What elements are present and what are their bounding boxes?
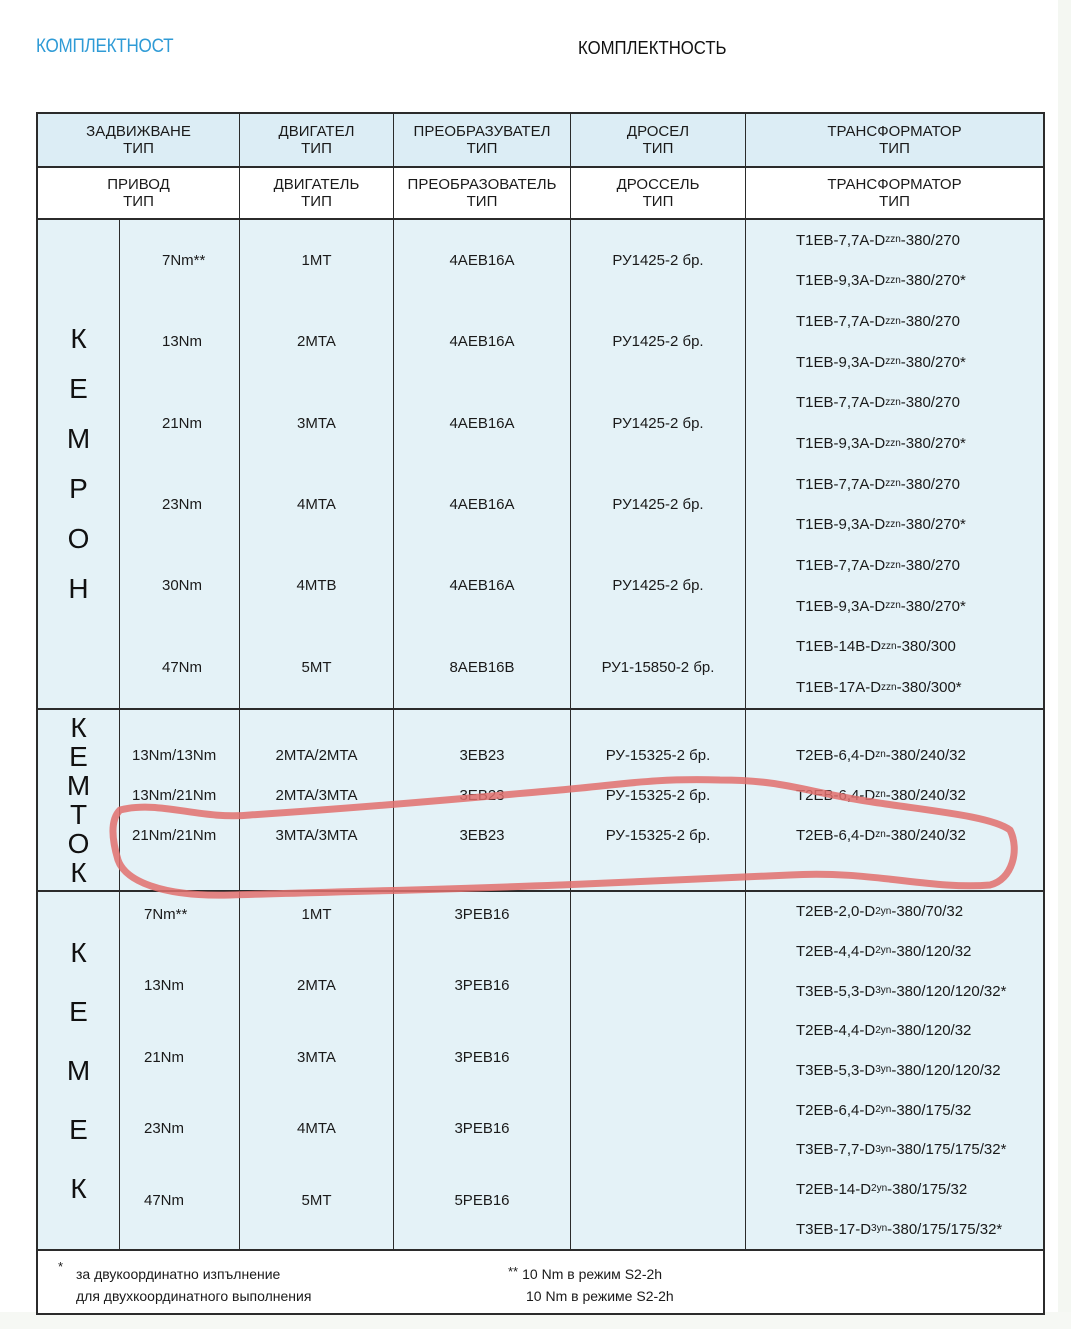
header-row-russian: ПРИВОДТИП ДВИГАТЕЛЬТИП ПРЕОБРАЗОВАТЕЛЬТИ…: [38, 168, 1043, 220]
cell-drive: 13Nm/13Nm: [120, 735, 239, 775]
cell-drive: 13Nm/21Nm: [120, 775, 239, 815]
column-motor: 1MT2MTA3MTA4MTA5MT: [240, 892, 394, 1249]
cell-converter: 4AEB16A: [394, 301, 570, 382]
cell-motor: 4MTA: [240, 464, 393, 545]
cell-choke: [571, 1035, 745, 1106]
header-motor: ДВИГАТЕЛТИП: [240, 114, 394, 166]
footnote-single-star: * за двукоординатно изпълнение для двухк…: [38, 1251, 508, 1313]
column-converter: 3EB233EB233EB23: [394, 710, 571, 890]
cell-choke: [571, 1178, 745, 1249]
header-choke-ru: ДРОССЕЛЬТИП: [571, 168, 746, 218]
cell-converter: 3PEB16: [394, 963, 570, 1034]
cell-drive: 13Nm: [120, 301, 239, 382]
group-letter: Р: [69, 464, 88, 514]
group-label: КЕМРОН: [38, 220, 120, 708]
cell-drive: 7Nm**: [120, 220, 239, 301]
title-bulgarian: КОМПЛЕКТНОСТ: [36, 36, 173, 58]
group-letter: Е: [69, 1100, 88, 1159]
cell-transformer: T1EB-9,3A-Dzzn-380/270*: [746, 505, 1043, 546]
group-letter: М: [67, 1041, 90, 1100]
group-letter: К: [70, 314, 86, 364]
cell-converter: 5PEB16: [394, 1178, 570, 1249]
cell-transformer: T1EB-9,3A-Dzzn-380/270*: [746, 586, 1043, 627]
column-converter: 4AEB16A4AEB16A4AEB16A4AEB16A4AEB16A8AEB1…: [394, 220, 571, 708]
column-transformer: T2EB-2,0-D2yn-380/70/32T2EB-4,4-D2yn-380…: [746, 892, 1043, 1249]
header-transformer: ТРАНСФОРМАТОРТИП: [746, 114, 1043, 166]
title-russian: КОМПЛЕКТНОСТЬ: [578, 38, 727, 59]
cell-motor: 2MTA/3MTA: [240, 775, 393, 815]
cell-drive: 21Nm: [120, 383, 239, 464]
cell-converter: 3PEB16: [394, 892, 570, 963]
group-letter: К: [70, 923, 86, 982]
cell-transformer: T2EB-4,4-D2yn-380/120/32: [746, 1011, 1043, 1051]
cell-transformer: T2EB-6,4-Dzn-380/240/32: [746, 775, 1043, 815]
cell-transformer: T2EB-6,4-Dzn-380/240/32: [746, 815, 1043, 855]
group-letter: К: [70, 713, 86, 742]
group-letter: М: [67, 771, 90, 800]
header-drive-ru: ПРИВОДТИП: [38, 168, 240, 218]
cell-transformer: T1EB-7,7A-Dzzn-380/270: [746, 545, 1043, 586]
group-letter: Е: [69, 742, 88, 771]
cell-transformer: T1EB-17A-Dzzn-380/300*: [746, 667, 1043, 708]
cell-choke: РУ1425-2 бр.: [571, 545, 745, 626]
cell-choke: РУ1425-2 бр.: [571, 464, 745, 545]
group-0: КЕМРОН7Nm**13Nm21Nm23Nm30Nm47Nm1MT2MTA3M…: [38, 220, 1043, 710]
column-drive: 13Nm/13Nm13Nm/21Nm21Nm/21Nm: [120, 710, 240, 890]
page-edge: [1058, 0, 1071, 1329]
cell-transformer: T3EB-7,7-D3yn-380/175/175/32*: [746, 1130, 1043, 1170]
cell-motor: 5MT: [240, 1178, 393, 1249]
cell-converter: 8AEB16B: [394, 627, 570, 708]
footnotes: * за двукоординатно изпълнение для двухк…: [38, 1251, 1043, 1313]
cell-converter: 3EB23: [394, 775, 570, 815]
cell-motor: 2MTA: [240, 301, 393, 382]
group-letter: О: [68, 514, 90, 564]
cell-choke: РУ1425-2 бр.: [571, 301, 745, 382]
cell-converter: 4AEB16A: [394, 545, 570, 626]
cell-converter: 4AEB16A: [394, 464, 570, 545]
cell-converter: 3PEB16: [394, 1035, 570, 1106]
column-converter: 3PEB163PEB163PEB163PEB165PEB16: [394, 892, 571, 1249]
header-row-bulgarian: ЗАДВИЖВАНЕТИП ДВИГАТЕЛТИП ПРЕОБРАЗУВАТЕЛ…: [38, 114, 1043, 168]
group-letter: О: [68, 829, 90, 858]
cell-motor: 3MTA: [240, 1035, 393, 1106]
cell-motor: 2MTA: [240, 963, 393, 1034]
group-1: КЕМТОК13Nm/13Nm13Nm/21Nm21Nm/21Nm2MTA/2M…: [38, 710, 1043, 892]
header-transformer-ru: ТРАНСФОРМАТОРТИП: [746, 168, 1043, 218]
cell-transformer: T2EB-2,0-D2yn-380/70/32: [746, 892, 1043, 932]
cell-transformer: T1EB-7,7A-Dzzn-380/270: [746, 220, 1043, 261]
group-letter: К: [70, 858, 86, 887]
cell-choke: РУ1-15850-2 бр.: [571, 627, 745, 708]
header-drive: ЗАДВИЖВАНЕТИП: [38, 114, 240, 166]
cell-transformer: T2EB-4,4-D2yn-380/120/32: [746, 932, 1043, 972]
group-letter: Е: [69, 982, 88, 1041]
cell-motor: 3MTA/3MTA: [240, 815, 393, 855]
cell-choke: РУ1425-2 бр.: [571, 220, 745, 301]
cell-transformer: T1EB-9,3A-Dzzn-380/270*: [746, 423, 1043, 464]
column-transformer: T2EB-6,4-Dzn-380/240/32T2EB-6,4-Dzn-380/…: [746, 710, 1043, 890]
column-drive: 7Nm**13Nm21Nm23Nm47Nm: [120, 892, 240, 1249]
cell-converter: 3PEB16: [394, 1106, 570, 1177]
cell-converter: 4AEB16A: [394, 383, 570, 464]
cell-transformer: T3EB-5,3-D3yn-380/120/120/32*: [746, 971, 1043, 1011]
cell-motor: 1MT: [240, 220, 393, 301]
cell-transformer: T1EB-7,7A-Dzzn-380/270: [746, 301, 1043, 342]
cell-motor: 2MTA/2MTA: [240, 735, 393, 775]
group-letter: К: [70, 1159, 86, 1218]
cell-transformer: T2EB-6,4-Dzn-380/240/32: [746, 735, 1043, 775]
group-2: КЕМЕК7Nm**13Nm21Nm23Nm47Nm1MT2MTA3MTA4MT…: [38, 892, 1043, 1251]
header-motor-ru: ДВИГАТЕЛЬТИП: [240, 168, 394, 218]
cell-transformer: T1EB-7,7A-Dzzn-380/270: [746, 464, 1043, 505]
column-motor: 2MTA/2MTA2MTA/3MTA3MTA/3MTA: [240, 710, 394, 890]
cell-motor: 3MTA: [240, 383, 393, 464]
group-letter: М: [67, 414, 90, 464]
group-letter: Н: [68, 564, 88, 614]
header-converter-ru: ПРЕОБРАЗОВАТЕЛЬТИП: [394, 168, 571, 218]
group-letter: Т: [70, 800, 87, 829]
cell-motor: 5MT: [240, 627, 393, 708]
cell-transformer: T1EB-14B-Dzzn-380/300: [746, 627, 1043, 668]
cell-converter: 4AEB16A: [394, 220, 570, 301]
cell-drive: 47Nm: [120, 627, 239, 708]
column-choke: РУ-15325-2 бр.РУ-15325-2 бр.РУ-15325-2 б…: [571, 710, 746, 890]
cell-transformer: T1EB-9,3A-Dzzn-380/270*: [746, 342, 1043, 383]
group-letter: Е: [69, 364, 88, 414]
cell-drive: 21Nm/21Nm: [120, 815, 239, 855]
product-groups: КЕМРОН7Nm**13Nm21Nm23Nm30Nm47Nm1MT2MTA3M…: [38, 220, 1043, 1251]
column-transformer: T1EB-7,7A-Dzzn-380/270T1EB-9,3A-Dzzn-380…: [746, 220, 1043, 708]
group-label: КЕМЕК: [38, 892, 120, 1249]
cell-transformer: T2EB-14-D2yn-380/175/32: [746, 1170, 1043, 1210]
header-converter: ПРЕОБРАЗУВАТЕЛТИП: [394, 114, 571, 166]
column-choke: [571, 892, 746, 1249]
header-choke: ДРОСЕЛТИП: [571, 114, 746, 166]
column-drive: 7Nm**13Nm21Nm23Nm30Nm47Nm: [120, 220, 240, 708]
cell-motor: 1MT: [240, 892, 393, 963]
column-choke: РУ1425-2 бр.РУ1425-2 бр.РУ1425-2 бр.РУ14…: [571, 220, 746, 708]
cell-choke: РУ-15325-2 бр.: [571, 775, 745, 815]
footnote-double-star: **10 Nm в режим S2-2h 10 Nm в режиме S2-…: [508, 1251, 674, 1313]
cell-drive: 47Nm: [120, 1178, 239, 1249]
cell-transformer: T3EB-17-D3yn-380/175/175/32*: [746, 1209, 1043, 1249]
cell-choke: РУ1425-2 бр.: [571, 383, 745, 464]
cell-transformer: T1EB-9,3A-Dzzn-380/270*: [746, 261, 1043, 302]
cell-converter: 3EB23: [394, 735, 570, 775]
cell-converter: 3EB23: [394, 815, 570, 855]
cell-drive: 7Nm**: [120, 892, 239, 963]
cell-choke: [571, 963, 745, 1034]
cell-drive: 23Nm: [120, 1106, 239, 1177]
column-motor: 1MT2MTA3MTA4MTA4MTB5MT: [240, 220, 394, 708]
cell-motor: 4MTA: [240, 1106, 393, 1177]
cell-transformer: T1EB-7,7A-Dzzn-380/270: [746, 383, 1043, 424]
group-label: КЕМТОК: [38, 710, 120, 890]
cell-motor: 4MTB: [240, 545, 393, 626]
cell-choke: РУ-15325-2 бр.: [571, 735, 745, 775]
cell-transformer: T2EB-6,4-D2yn-380/175/32: [746, 1090, 1043, 1130]
cell-drive: 13Nm: [120, 963, 239, 1034]
cell-transformer: T3EB-5,3-D3yn-380/120/120/32: [746, 1051, 1043, 1091]
cell-choke: РУ-15325-2 бр.: [571, 815, 745, 855]
components-table: ЗАДВИЖВАНЕТИП ДВИГАТЕЛТИП ПРЕОБРАЗУВАТЕЛ…: [36, 112, 1045, 1315]
cell-drive: 23Nm: [120, 464, 239, 545]
cell-drive: 21Nm: [120, 1035, 239, 1106]
cell-choke: [571, 892, 745, 963]
cell-choke: [571, 1106, 745, 1177]
cell-drive: 30Nm: [120, 545, 239, 626]
